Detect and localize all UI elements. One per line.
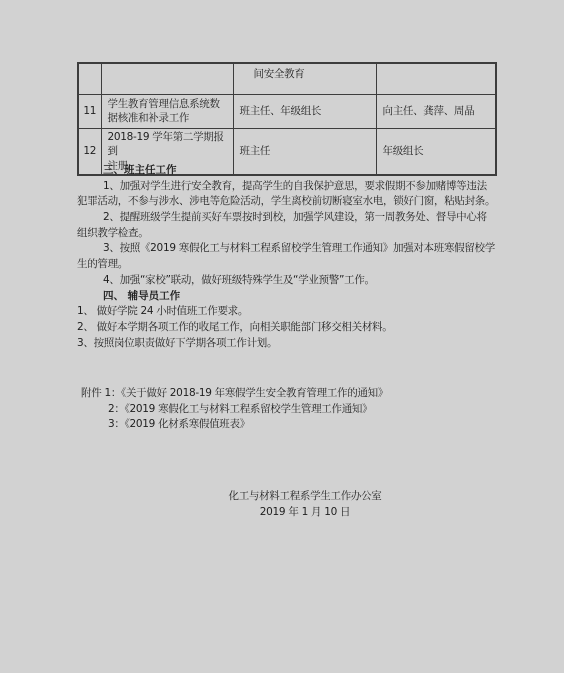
section-heading: 三、班主任工作 (77, 163, 547, 179)
body-line: 组织教学检查。 (77, 226, 547, 242)
table-cell-supervisor: 向主任、龚萍、周晶 (376, 94, 496, 128)
body-text: 三、班主任工作1、加强对学生进行安全教育，提高学生的自我保护意思，要求假期不参加… (77, 163, 547, 351)
table-cell-assignee: 班主任、年级组长 (233, 94, 376, 128)
body-line: 1、 做好学院 24 小时值班工作要求。 (77, 304, 547, 320)
signature-block: 化工与材料工程系学生工作办公室 2019 年 1 月 10 日 (190, 489, 420, 520)
table-cell-assignee: 间安全教育 (233, 63, 376, 94)
body-line: 犯罪活动，不参与涉水、涉电等危险活动，学生离校前切断寝室水电，锁好门窗，粘贴封条… (77, 194, 547, 210)
task-table-body: 间安全教育11学生教育管理信息系统数据核准和补录工作班主任、年级组长向主任、龚萍… (78, 63, 496, 175)
table-cell-task: 学生教育管理信息系统数据核准和补录工作 (101, 94, 233, 128)
body-line: 生的管理。 (77, 257, 547, 273)
attachment-list: 附件 1：《关于做好 2018-19 年寒假学生安全教育管理工作的通知》2：《2… (77, 386, 547, 433)
body-line: 3、按照岗位职责做好下学期各项工作计划。 (77, 336, 547, 352)
table-cell-task (101, 63, 233, 94)
table-row: 11学生教育管理信息系统数据核准和补录工作班主任、年级组长向主任、龚萍、周晶 (78, 94, 496, 128)
table-cell-num: 11 (78, 94, 101, 128)
body-line: 4、加强“家校”联动，做好班级特殊学生及“学业预警”工作。 (77, 273, 547, 289)
body-line: 2、 做好本学期各项工作的收尾工作，向相关职能部门移交相关材料。 (77, 320, 547, 336)
signature-date: 2019 年 1 月 10 日 (190, 505, 420, 521)
body-line: 3、按照《2019 寒假化工与材料工程系留校学生管理工作通知》加强对本班寒假留校… (77, 241, 547, 257)
document-page: 间安全教育11学生教育管理信息系统数据核准和补录工作班主任、年级组长向主任、龚萍… (0, 0, 564, 673)
table-cell-supervisor (376, 63, 496, 94)
attachment-line: 2：《2019 寒假化工与材料工程系留校学生管理工作通知》 (77, 402, 547, 418)
section-heading: 四、 辅导员工作 (77, 289, 547, 305)
body-line: 2、提醒班级学生提前买好车票按时到校，加强学风建设，第一周教务处、督导中心将 (77, 210, 547, 226)
attachment-line: 附件 1：《关于做好 2018-19 年寒假学生安全教育管理工作的通知》 (77, 386, 547, 402)
attachment-line: 3：《2019 化材系寒假值班表》 (77, 417, 547, 433)
body-line: 1、加强对学生进行安全教育，提高学生的自我保护意思，要求假期不参加赌博等违法 (77, 179, 547, 195)
table-cell-num (78, 63, 101, 94)
work-schedule-table: 间安全教育11学生教育管理信息系统数据核准和补录工作班主任、年级组长向主任、龚萍… (77, 62, 497, 176)
table-row: 间安全教育 (78, 63, 496, 94)
signature-office: 化工与材料工程系学生工作办公室 (190, 489, 420, 505)
